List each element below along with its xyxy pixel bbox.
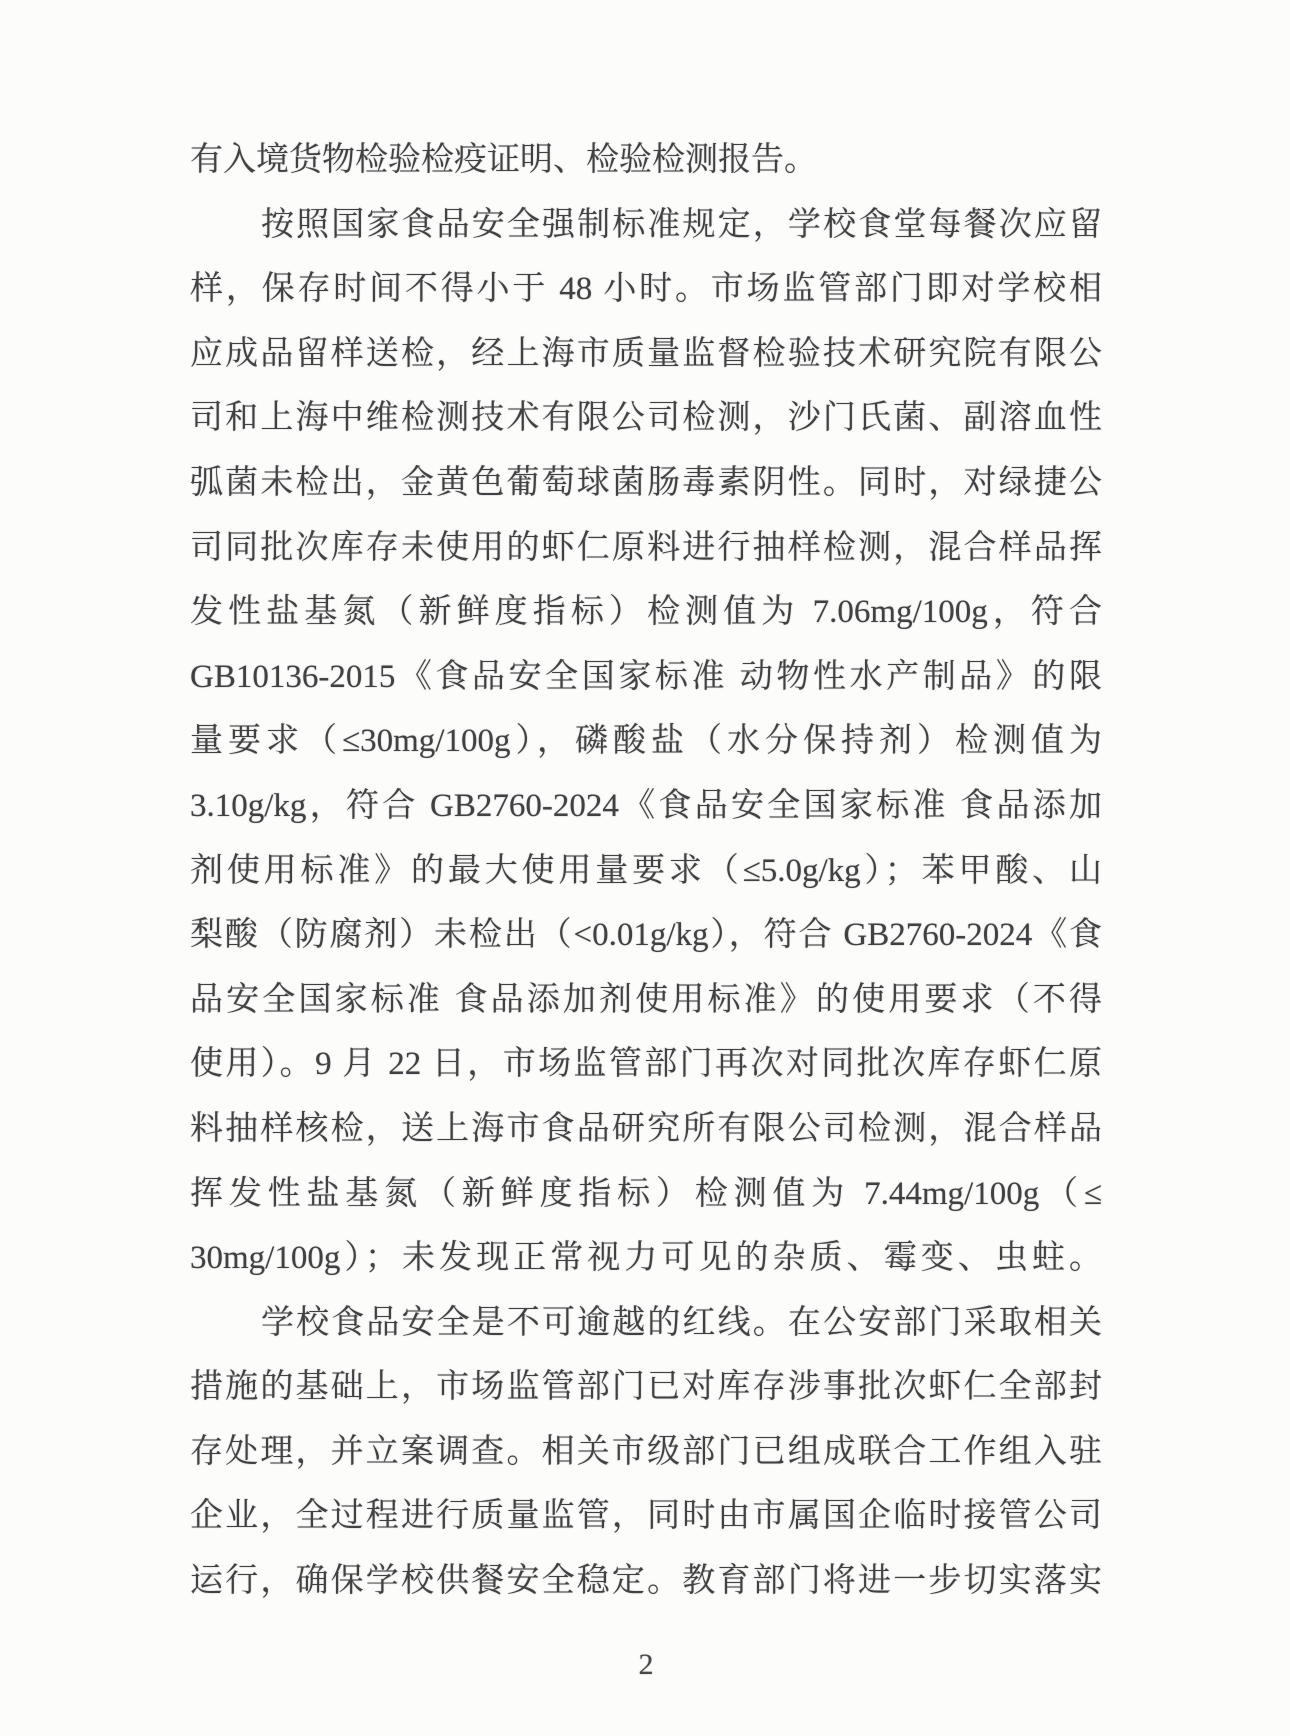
text-line: 司和上海中维检测技术有限公司检测，沙门氏菌、副溶血性 [190, 386, 1102, 451]
text-line: 发性盐基氮（新鲜度指标）检测值为 7.06mg/100g，符合 [190, 580, 1102, 645]
text-line: 司同批次库存未使用的虾仁原料进行抽样检测，混合样品挥 [190, 516, 1102, 581]
text-line paragraph-start: 按照国家食品安全强制标准规定，学校食堂每餐次应留 [190, 193, 1102, 258]
text-line: GB10136-2015《食品安全国家标准 动物性水产制品》的限 [190, 645, 1102, 710]
text-line: 剂使用标准》的最大使用量要求（≤5.0g/kg）；苯甲酸、山 [190, 839, 1102, 904]
text-line: 量要求（≤30mg/100g），磷酸盐（水分保持剂）检测值为 [190, 709, 1102, 774]
text-line: 运行，确保学校供餐安全稳定。教育部门将进一步切实落实 [190, 1549, 1102, 1614]
text-line: 料抽样核检，送上海市食品研究所有限公司检测，混合样品 [190, 1097, 1102, 1162]
text-line: 品安全国家标准 食品添加剂使用标准》的使用要求（不得 [190, 968, 1102, 1033]
text-line: 使用）。9 月 22 日，市场监管部门再次对同批次库存虾仁原 [190, 1032, 1102, 1097]
page-number: 2 [190, 1648, 1102, 1682]
text-line: 存处理，并立案调查。相关市级部门已组成联合工作组入驻 [190, 1420, 1102, 1485]
text-line: 有入境货物检验检疫证明、检验检测报告。 [190, 128, 1102, 193]
text-line: 梨酸（防腐剂）未检出（<0.01g/kg），符合 GB2760-2024《食 [190, 903, 1102, 968]
text-line: 30mg/100g）；未发现正常视力可见的杂质、霉变、虫蛀。 [190, 1226, 1102, 1291]
text-line: 3.10g/kg，符合 GB2760-2024《食品安全国家标准 食品添加 [190, 774, 1102, 839]
text-line: 弧菌未检出，金黄色葡萄球菌肠毒素阴性。同时，对绿捷公 [190, 451, 1102, 516]
text-line paragraph-start: 学校食品安全是不可逾越的红线。在公安部门采取相关 [190, 1291, 1102, 1356]
text-line: 措施的基础上，市场监管部门已对库存涉事批次虾仁全部封 [190, 1355, 1102, 1420]
document-text-block: 有入境货物检验检疫证明、检验检测报告。 按照国家食品安全强制标准规定，学校食堂每… [190, 128, 1102, 1614]
text-line: 挥发性盐基氮（新鲜度指标）检测值为 7.44mg/100g（≤ [190, 1162, 1102, 1227]
text-line: 样，保存时间不得小于 48 小时。市场监管部门即对学校相 [190, 257, 1102, 322]
text-line: 应成品留样送检，经上海市质量监督检验技术研究院有限公 [190, 322, 1102, 387]
scanned-document-page: 有入境货物检验检疫证明、检验检测报告。 按照国家食品安全强制标准规定，学校食堂每… [0, 0, 1290, 1736]
text-line: 企业，全过程进行质量监管，同时由市属国企临时接管公司 [190, 1484, 1102, 1549]
